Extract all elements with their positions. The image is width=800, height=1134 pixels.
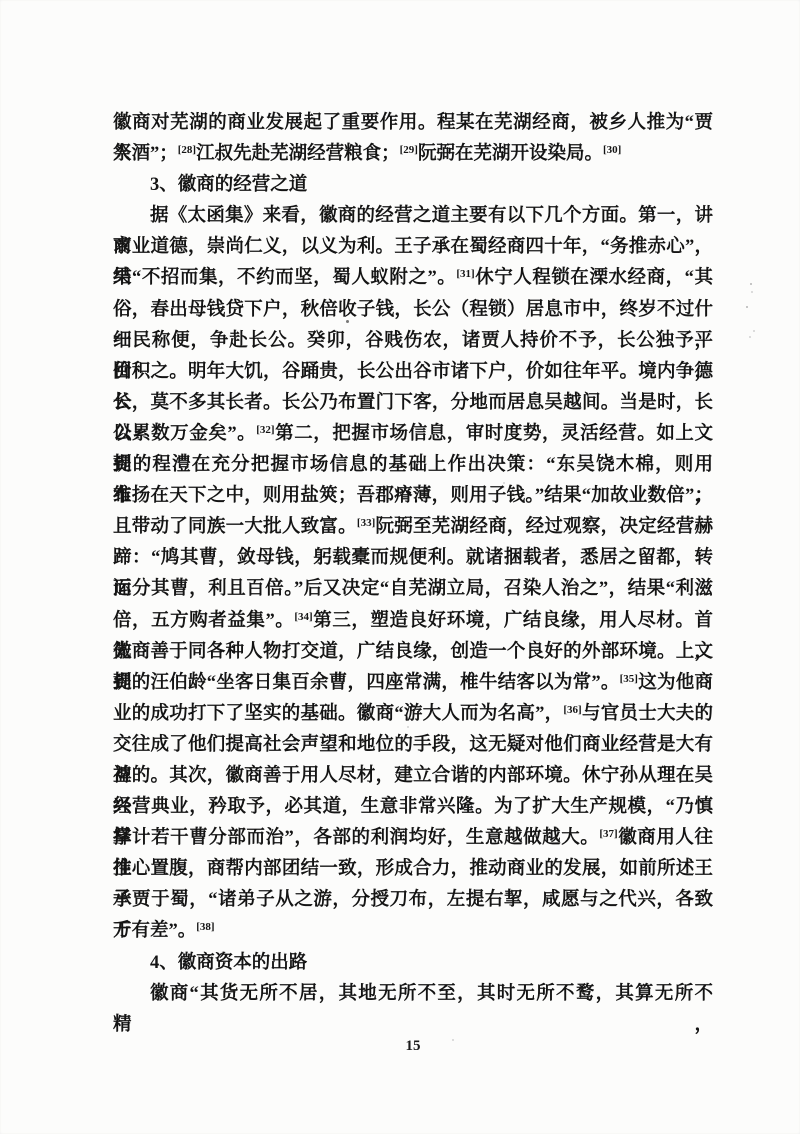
- text-run: 倍，五方购者益集”。: [113, 611, 294, 631]
- footnote-ref: [36]: [563, 704, 581, 716]
- text-run: 业的成功打下了坚实的基础。徽商“游大人而为名高”，: [113, 704, 563, 724]
- text-line: 推心置腹，商帮内部团结一致，形成合力，推动商业的发展，如前所述王子: [113, 854, 713, 885]
- text-line: 而分其曹，利且百倍。”后又决定“自芜湖立局，召染人治之”，结果“利滋: [113, 574, 713, 605]
- text-line: 徽商善于同各种人物打交道，广结良缘，创造一个良好的外部环境。上文提: [113, 637, 713, 668]
- scan-speck: [346, 320, 349, 323]
- text-run: 而分其曹，利且百倍。”后又决定“自芜湖立局，召染人治之”，结果“利滋: [113, 579, 713, 599]
- text-line: 果“不招而集，不约而坚，蜀人蚁附之”。[31]休宁人程锁在溧水经商，“其: [113, 263, 713, 294]
- text-line: 掌计若干曹分部而治”，各部的利润均好，生意越做越大。[37]徽商用人往往: [113, 823, 713, 854]
- scan-speck: [750, 283, 752, 285]
- footnote-ref: [32]: [256, 424, 274, 436]
- text-run: 果“不招而集，不约而坚，蜀人蚁附之”。: [113, 268, 456, 288]
- section-heading-3: 3、徽商的经营之道: [113, 170, 713, 201]
- text-line: 徽商对芜湖的商业发展起了重要作用。程某在芜湖经商，被乡人推为“贾人: [113, 108, 713, 139]
- footnote-ref: [28]: [178, 144, 196, 156]
- text-run: 江叔先赴芜湖经营粮食；: [196, 144, 400, 164]
- text-line: 经营典业，矜取予，必其道，生意非常兴隆。为了扩大生产规模，“乃慎择: [113, 792, 713, 823]
- text-line: 俗，春出母钱贷下户，秋倍收子钱，长公（程锁）居息市中，终岁不过什一，: [113, 295, 713, 326]
- scan-speck: [749, 336, 751, 338]
- text-run: 到的汪伯龄“坐客日集百余曹，四座常满，椎牛结客以为常”。: [113, 673, 620, 693]
- scan-speck: [746, 306, 748, 308]
- text-line: 以累数万金矣”。[32]第二，把握市场信息，审时度势，灵活经营。如上文提: [113, 419, 713, 450]
- footnote-ref: [29]: [400, 144, 418, 156]
- text-line: 倍，五方购者益集”。[34]第三，塑造良好环境，广结良缘，用人尽材。首先，: [113, 606, 713, 637]
- footnote-ref: [37]: [599, 828, 617, 840]
- text-run: 这为他商: [638, 673, 713, 693]
- scan-speck: [407, 726, 409, 728]
- text-line: 蹄：“鸠其曹，敛母钱，躬载橐而规便利。就诸捆载者，悉居之留都，转运: [113, 543, 713, 574]
- text-run: 徽商“其货无所不居，其地无所不至，其时无所不鹜，其算无所不精，: [113, 984, 713, 1035]
- text-line: 业的成功打下了坚实的基础。徽商“游大人而为名高”，[36]与官员士大夫的: [113, 699, 713, 730]
- text-run: 4、徽商资本的出路: [150, 953, 307, 973]
- text-line: 据《太函集》来看，徽商的经营之道主要有以下几个方面。第一，讲求: [113, 201, 713, 232]
- text-line: 益的。其次，徽商善于用人尽材，建立合谐的内部环境。休宁孙从理在吴兴: [113, 761, 713, 792]
- text-run: 阮弼至芜湖经商，经过观察，决定经营赫: [375, 517, 713, 537]
- footnote-ref: [33]: [357, 517, 375, 529]
- text-line: 维扬在天下之中，则用盐筴；吾郡瘠薄，则用子钱。”结果“加故业数倍”，: [113, 481, 713, 512]
- scan-speck: [452, 1039, 454, 1041]
- text-line: 徽商“其货无所不居，其地无所不至，其时无所不鹜，其算无所不精，: [113, 979, 713, 1010]
- scan-speck: [751, 291, 753, 293]
- footnote-ref: [35]: [620, 673, 638, 685]
- text-line: 细民称便，争赴长公。癸卯，谷贱伤农，诸贾人持价不予，长公独予平价，: [113, 326, 713, 357]
- text-run: 休宁人程锁在溧水经商，“其: [475, 268, 713, 288]
- footnote-ref: [38]: [196, 921, 214, 933]
- text-line: 囤积之。明年大饥，谷踊贵，长公出谷市诸下户，价如往年平。境内争德长: [113, 357, 713, 388]
- text-run: 与官员士大夫的: [582, 704, 713, 724]
- footnote-ref: [31]: [456, 268, 474, 280]
- text-line: 且带动了同族一大批人致富。[33]阮弼至芜湖经商，经过观察，决定经营赫: [113, 512, 713, 543]
- text-block: 徽商对芜湖的商业发展起了重要作用。程某在芜湖经商，被乡人推为“贾人祭酒”；[28…: [113, 108, 713, 1010]
- text-run: 以累数万金矣”。: [113, 424, 256, 444]
- text-run: 且带动了同族一大批人致富。: [113, 517, 357, 537]
- text-run: 掌计若干曹分部而治”，各部的利润均好，生意越做越大。: [113, 828, 599, 848]
- text-line: 到的程澧在充分把握市场信息的基础上作出决策：“东吴饶木棉，则用布；: [113, 450, 713, 481]
- scanned-document-page: 徽商对芜湖的商业发展起了重要作用。程某在芜湖经商，被乡人推为“贾人祭酒”；[28…: [0, 0, 800, 1134]
- text-line: 交往成了他们提高社会声望和地位的手段，这无疑对他们商业经营是大有裨: [113, 730, 713, 761]
- section-heading-4: 4、徽商资本的出路: [113, 948, 713, 979]
- text-run: 维扬在天下之中，则用盐筴；吾郡瘠薄，则用子钱。”结果“加故业数倍”，: [113, 486, 713, 506]
- footnote-ref: [34]: [294, 611, 312, 623]
- text-line: 商业道德，崇尚仁义，以义为利。王子承在蜀经商四十年，“务推赤心”，结: [113, 232, 713, 263]
- text-line: 到的汪伯龄“坐客日集百余曹，四座常满，椎牛结客以为常”。[35]这为他商: [113, 668, 713, 699]
- scan-speck: [753, 330, 755, 332]
- text-run: 万有差”。: [113, 921, 196, 941]
- footnote-ref: [30]: [603, 144, 621, 156]
- text-run: 祭酒”；: [113, 144, 178, 164]
- scan-speck: [503, 482, 505, 484]
- text-line: 祭酒”；[28]江叔先赴芜湖经营粮食；[29]阮弼在芜湖开设染局。[30]: [113, 139, 713, 170]
- text-line: 公，莫不多其长者。长公乃布置门下客，分地而居息吴越间。当是时，长公: [113, 388, 713, 419]
- text-line: 承贾于蜀，“诸弟子从之游，分授刀布，左提右挈，咸愿与之代兴，各致千: [113, 885, 713, 916]
- page-number: 15: [113, 1038, 713, 1055]
- text-line: 万有差”。[38]: [113, 916, 713, 947]
- text-run: 阮弼在芜湖开设染局。: [418, 144, 603, 164]
- text-run: 3、徽商的经营之道: [150, 175, 307, 195]
